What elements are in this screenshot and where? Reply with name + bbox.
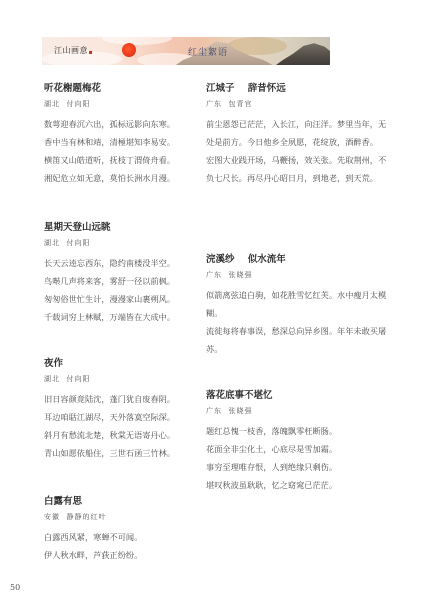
header-banner: 江山画意 红尘絮语: [42, 37, 330, 65]
poem-line: 长天云逵忘西东，隐约南楼没半空。: [44, 254, 204, 272]
poem-line: 白露西风紧，寒蝉不可闻。: [44, 528, 204, 546]
poem-author: 广东 包青官: [206, 99, 392, 109]
poem-line: 题红总愧一枝香，落魄飘零枉断肠。: [206, 422, 392, 440]
poem-line: 花面全非尘化土，心底尽是雪加霜。: [206, 440, 392, 458]
poem-line: 耳边咱聒江湖尽，天外落寞空际深。: [44, 408, 204, 426]
poem-line: 鸟啭几声将来客，雾舒一径以前枫。: [44, 272, 204, 290]
poem-luo-hua-di-shi: 落花底事不堪忆 广东 张晓强 题红总愧一枝香，落魄飘零枉断肠。 花面全非尘化土，…: [206, 387, 392, 494]
poem-jiang-cheng-zi: 江城子 辞昔怀远 广东 包青官 前尘恩怨已茫茫，入长江，向汪洋。梦里当年，无处是…: [206, 80, 392, 187]
poem-author: 安徽 静静的红叶: [44, 512, 204, 522]
red-sun-illustration: [122, 43, 136, 57]
poem-line: 旧日容颜竟陆沈，蓬门犹自废春阴。: [44, 390, 204, 408]
poem-title: 江城子 辞昔怀远: [206, 80, 392, 94]
poem-line: 湘妃危立如无意，莫怕长洲水月漫。: [44, 169, 204, 187]
poem-title: 落花底事不堪忆: [206, 387, 392, 401]
page-number: 50: [10, 583, 20, 592]
poem-bai-lu-you-si: 白露有思 安徽 静静的红叶 白露西风紧，寒蝉不可闻。 伊人秋水畔，芦荻正纷纷。: [44, 493, 204, 564]
poem-huan-xi-sha: 浣溪纱 似水流年 广东 张晓强 似箭离弦追白驹，如花胜雪忆红芙。水中瘦月太模糊。…: [206, 251, 392, 358]
poem-line: 斜月有愁流北楚，秋棠无语寄丹心。: [44, 426, 204, 444]
poem-line: 堪叹秋波虽耿耿，忆之窈窕已茫茫。: [206, 476, 392, 494]
poem-author: 湖北 付向阳: [44, 99, 204, 109]
poem-line: 青山如愿依船住，三世石函三竹林。: [44, 444, 204, 462]
poem-author: 广东 张晓强: [206, 406, 392, 416]
poem-author: 广东 张晓强: [206, 270, 392, 280]
poem-line: 事穷至理唯存恨，人到绝缘只剩伤。: [206, 458, 392, 476]
poem-line: 横笛又山皓道听，抚枝丁渭倚舟看。: [44, 151, 204, 169]
poem-xing-qi-tian: 星期天登山远眺 湖北 付向阳 长天云逵忘西东，隐约南楼没半空。 鸟啭几声将来客，…: [44, 219, 204, 326]
poem-ye-zuo: 夜作 湖北 付向阳 旧日容颜竟陆沈，蓬门犹自废春阴。 耳边咱聒江湖尽，天外落寞空…: [44, 355, 204, 462]
poem-title: 星期天登山远眺: [44, 219, 204, 233]
poem-ting-hua-xie: 听花榭题梅花 湖北 付向阳 数萼迎春沉六出，孤标远影向东寒。 香中当有林和靖，清…: [44, 80, 204, 187]
red-seal-icon: [89, 51, 92, 54]
poem-title: 浣溪纱 似水流年: [206, 251, 392, 265]
banner-title: 红尘絮语: [188, 45, 228, 58]
banner-left-text: 江山画意: [54, 45, 92, 56]
poem-title: 夜作: [44, 355, 204, 369]
poem-author: 湖北 付向阳: [44, 374, 204, 384]
poem-author: 湖北 付向阳: [44, 238, 204, 248]
poem-line: 伊人秋水畔，芦荻正纷纷。: [44, 546, 204, 564]
poem-line: 数萼迎春沉六出，孤标远影向东寒。: [44, 115, 204, 133]
poem-stanza: 前尘恩怨已茫茫，入长江，向汪洋。梦里当年，无处是前方。今日他乡全夙愿，花绽放，酒…: [206, 115, 392, 151]
poem-stanza: 似箭离弦追白驹，如花胜雪忆红芙。水中瘦月太模糊。: [206, 286, 392, 322]
poem-title: 白露有思: [44, 493, 204, 507]
poem-title: 听花榭题梅花: [44, 80, 204, 94]
poem-line: 香中当有林和靖，清極堪知李易安。: [44, 133, 204, 151]
poem-line: 千载词穷上林赋，万端皆在大成中。: [44, 308, 204, 326]
poem-stanza: 宏图大业践开场，马鞭扬，效关张。先取荆州，不负七尺长。再尽丹心昭日月，到地老，到…: [206, 151, 392, 187]
poem-stanza: 流徙每将春事误，愁深总向异乡图。年年未敢买屠苏。: [206, 322, 392, 358]
poem-line: 匆匆俗世忙生计，漫漫家山裹朔风。: [44, 290, 204, 308]
